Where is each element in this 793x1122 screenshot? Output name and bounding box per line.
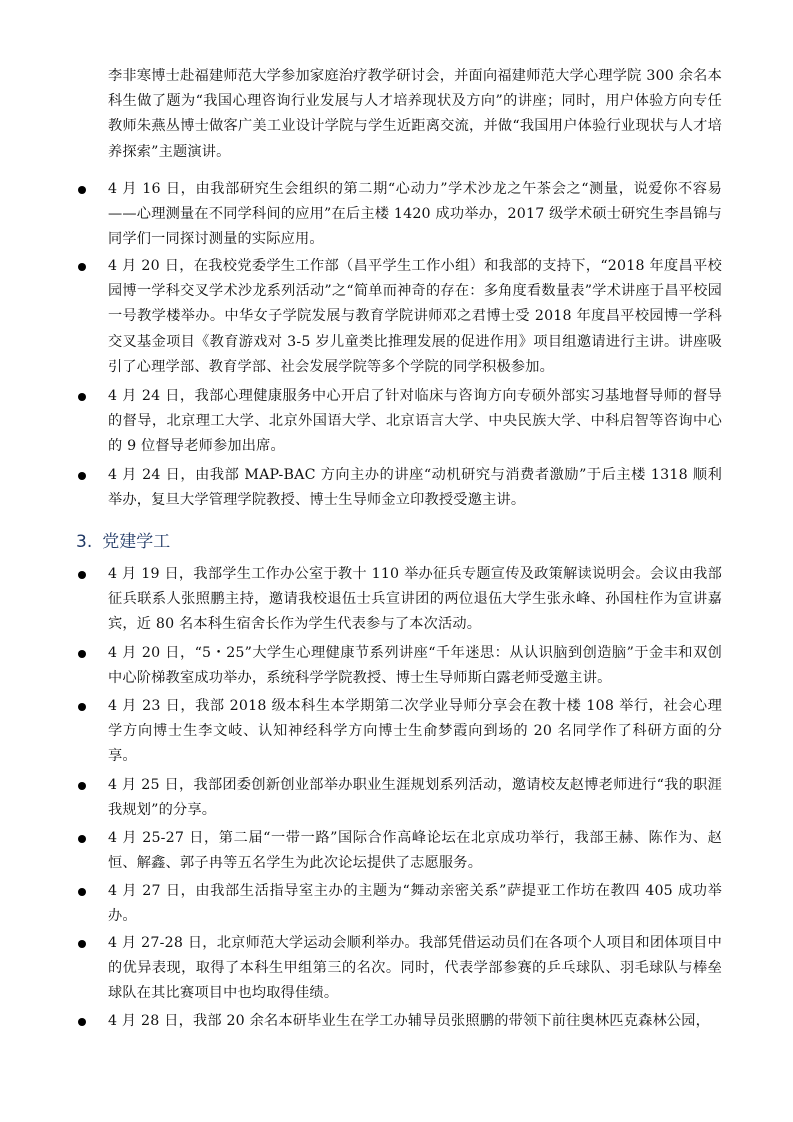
list-item-text: 4 月 25 日，我部团委创新创业部举办职业生涯规划系列活动，邀请校友赵博老师进… [108,773,722,823]
list-item: 4 月 27 日，由我部生活指导室主办的主题为“舞动亲密关系”萨提亚工作坊在教四… [78,879,722,929]
list-item: 4 月 24 日，我部心理健康服务中心开启了针对临床与咨询方向专硕外部实习基地督… [78,384,722,460]
bullet-icon [78,650,86,658]
list-item: 4 月 20 日，在我校党委学生工作部（昌平学生工作小组）和我部的支持下，“20… [78,254,722,380]
bullet-icon [78,782,86,790]
document-page: 李非寒博士赴福建师范大学参加家庭治疗教学研讨会，并面向福建师范大学心理学院 30… [0,0,793,1122]
list-item-text: 4 月 20 日，在我校党委学生工作部（昌平学生工作小组）和我部的支持下，“20… [108,254,722,380]
list-item-text: 4 月 20 日，“5・25”大学生心理健康节系列讲座“千年迷思：从认识脑到创造… [108,641,722,691]
list-item: 4 月 16 日，由我部研究生会组织的第二期“心动力”学术沙龙之午茶会之“测量，… [78,177,722,253]
section-heading: 3.党建学工 [76,527,170,552]
bullet-icon [78,571,86,579]
section-title: 党建学工 [102,532,170,552]
intro-paragraph: 李非寒博士赴福建师范大学参加家庭治疗教学研讨会，并面向福建师范大学心理学院 30… [108,64,722,165]
list-item: 4 月 23 日，我部 2018 级本科生本学期第二次学业导师分享会在教十楼 1… [78,694,722,770]
list-item-text: 4 月 24 日，由我部 MAP-BAC 方向主办的讲座“动机研究与消费者激励”… [108,463,722,513]
list-item: 4 月 24 日，由我部 MAP-BAC 方向主办的讲座“动机研究与消费者激励”… [78,463,722,513]
bullet-icon [78,703,86,711]
bullet-icon [78,940,86,948]
list-item-text: 4 月 19 日，我部学生工作办公室于教十 110 举办征兵专题宣传及政策解读说… [108,562,722,638]
list-item: 4 月 20 日，“5・25”大学生心理健康节系列讲座“千年迷思：从认识脑到创造… [78,641,722,691]
bullet-icon [78,835,86,843]
list-item-text: 4 月 28 日，我部 20 余名本研毕业生在学工办辅导员张照鹏的带领下前往奥林… [108,1009,722,1034]
list-item: 4 月 27-28 日，北京师范大学运动会顺利举办。我部凭借运动员们在各项个人项… [78,931,722,1007]
bullet-icon [78,888,86,896]
list-item-text: 4 月 23 日，我部 2018 级本科生本学期第二次学业导师分享会在教十楼 1… [108,694,722,770]
list-item: 4 月 28 日，我部 20 余名本研毕业生在学工办辅导员张照鹏的带领下前往奥林… [78,1009,722,1034]
list-item-text: 4 月 25-27 日，第二届“一带一路”国际合作高峰论坛在北京成功举行，我部王… [108,826,722,876]
bullet-icon [78,1018,86,1026]
list-item: 4 月 25-27 日，第二届“一带一路”国际合作高峰论坛在北京成功举行，我部王… [78,826,722,876]
bullet-icon [78,472,86,480]
bullet-icon [78,393,86,401]
list-item-text: 4 月 27-28 日，北京师范大学运动会顺利举办。我部凭借运动员们在各项个人项… [108,931,722,1007]
list-item-text: 4 月 24 日，我部心理健康服务中心开启了针对临床与咨询方向专硕外部实习基地督… [108,384,722,460]
bullet-icon [78,263,86,271]
bullet-icon [78,186,86,194]
list-item: 4 月 25 日，我部团委创新创业部举办职业生涯规划系列活动，邀请校友赵博老师进… [78,773,722,823]
list-item-text: 4 月 27 日，由我部生活指导室主办的主题为“舞动亲密关系”萨提亚工作坊在教四… [108,879,722,929]
list-item-text: 4 月 16 日，由我部研究生会组织的第二期“心动力”学术沙龙之午茶会之“测量，… [108,177,722,253]
section-number: 3. [76,532,92,552]
list-item: 4 月 19 日，我部学生工作办公室于教十 110 举办征兵专题宣传及政策解读说… [78,562,722,638]
